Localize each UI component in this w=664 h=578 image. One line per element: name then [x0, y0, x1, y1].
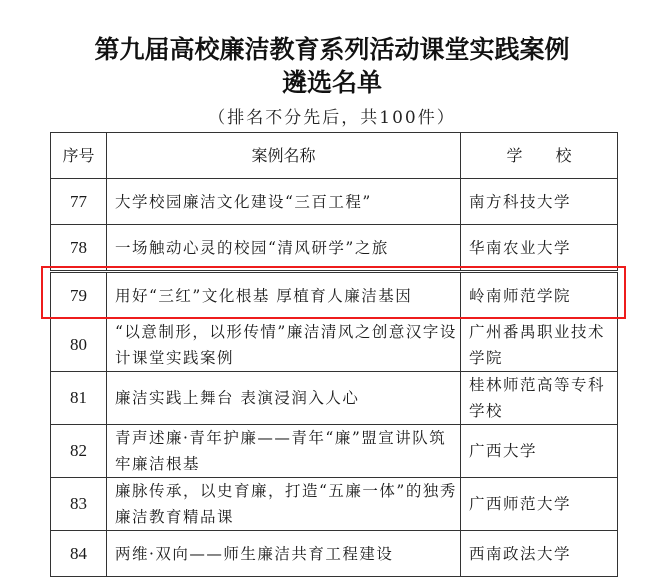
row-case-name: 一场触动心灵的校园“清风研学”之旅 — [107, 225, 461, 272]
row-number: 80 — [51, 319, 107, 372]
row-case-name: 廉洁实践上舞台 表演浸润入人心 — [107, 372, 461, 425]
row-school: 南方科技大学 — [461, 179, 618, 225]
row-school: 桂林师范高等专科学校 — [461, 372, 618, 425]
row-number: 82 — [51, 425, 107, 478]
document-title-line1: 第九届高校廉洁教育系列活动课堂实践案例 — [0, 30, 664, 66]
header-case-name: 案例名称 — [107, 133, 461, 179]
table-row: 77 大学校园廉洁文化建设“三百工程” 南方科技大学 — [51, 179, 618, 225]
table-row-highlighted: 79 用好“三红”文化根基 厚植育人廉洁基因 岭南师范学院 — [51, 272, 618, 319]
row-case-name: 两维·双向——师生廉洁共育工程建设 — [107, 531, 461, 577]
row-school: 广州番禺职业技术学院 — [461, 319, 618, 372]
table-row: 82 青声述廉·青年护廉——青年“廉”盟宣讲队筑牢廉洁根基 广西大学 — [51, 425, 618, 478]
row-school: 广西师范大学 — [461, 478, 618, 531]
row-number: 77 — [51, 179, 107, 225]
row-number: 81 — [51, 372, 107, 425]
table-row: 83 廉脉传承，以史育廉，打造“五廉一体”的独秀廉洁教育精品课 广西师范大学 — [51, 478, 618, 531]
row-number: 84 — [51, 531, 107, 577]
table-header-row: 序号 案例名称 学 校 — [51, 133, 618, 179]
header-number: 序号 — [51, 133, 107, 179]
selection-list-table: 序号 案例名称 学 校 77 大学校园廉洁文化建设“三百工程” 南方科技大学 7… — [50, 132, 618, 577]
document-title-line2: 遴选名单 — [0, 63, 664, 99]
table-row: 80 “以意制形，以形传情”廉洁清风之创意汉字设计课堂实践案例 广州番禺职业技术… — [51, 319, 618, 372]
row-case-name: 青声述廉·青年护廉——青年“廉”盟宣讲队筑牢廉洁根基 — [107, 425, 461, 478]
table-row: 78 一场触动心灵的校园“清风研学”之旅 华南农业大学 — [51, 225, 618, 272]
row-number: 79 — [51, 272, 107, 319]
row-case-name: “以意制形，以形传情”廉洁清风之创意汉字设计课堂实践案例 — [107, 319, 461, 372]
row-case-name: 廉脉传承，以史育廉，打造“五廉一体”的独秀廉洁教育精品课 — [107, 478, 461, 531]
header-school: 学 校 — [461, 133, 618, 179]
table-row: 81 廉洁实践上舞台 表演浸润入人心 桂林师范高等专科学校 — [51, 372, 618, 425]
row-school: 华南农业大学 — [461, 225, 618, 272]
row-number: 83 — [51, 478, 107, 531]
row-school: 西南政法大学 — [461, 531, 618, 577]
row-number: 78 — [51, 225, 107, 272]
table-row: 84 两维·双向——师生廉洁共育工程建设 西南政法大学 — [51, 531, 618, 577]
row-case-name: 用好“三红”文化根基 厚植育人廉洁基因 — [107, 272, 461, 319]
document-subtitle: （排名不分先后，共100件） — [0, 103, 664, 128]
row-case-name: 大学校园廉洁文化建设“三百工程” — [107, 179, 461, 225]
row-school: 岭南师范学院 — [461, 272, 618, 319]
row-school: 广西大学 — [461, 425, 618, 478]
